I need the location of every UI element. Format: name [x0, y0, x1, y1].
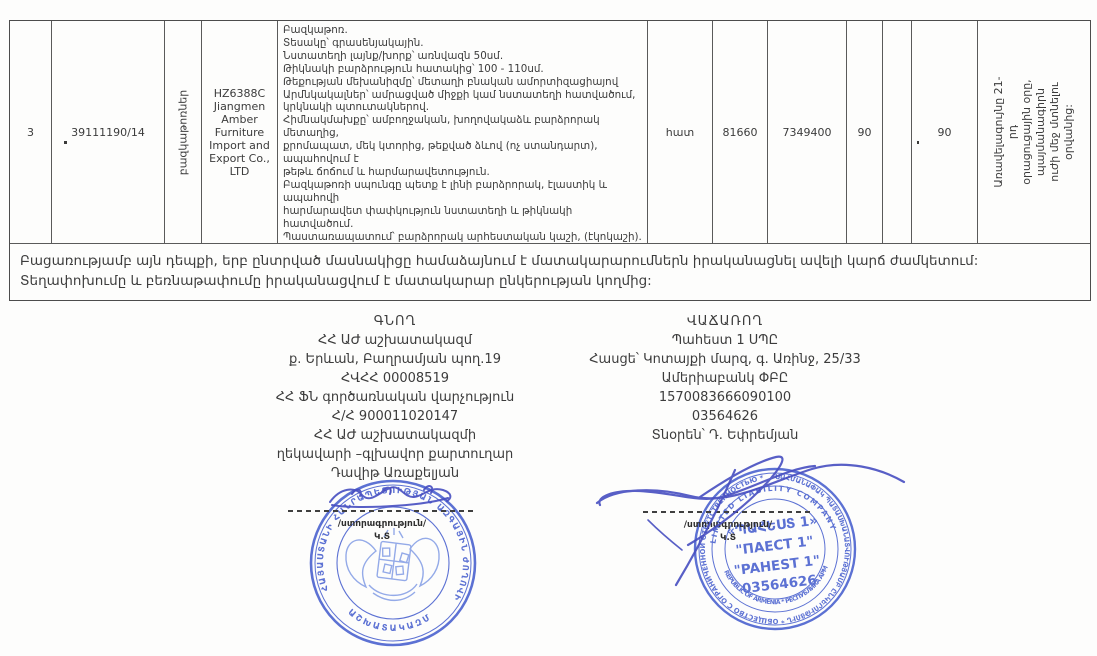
buyer-stamp-ring-bottom-text: ԱՇԽԱՏԱԿԱԶՄ: [346, 608, 433, 634]
buyer-signature-caption: /ստորագրություն/: [288, 519, 476, 529]
buyer-heading: ԳՆՈՂ: [230, 312, 560, 331]
cell-description: Բազկաթոռ. Տեսակը՝ գրասենյակային. Նստատեղ…: [278, 21, 648, 243]
seller-details: Պահեստ 1 ՍՊԸ Հասցե՝ Կոտայքի մարզ, գ. Առի…: [560, 331, 890, 445]
cell-blank: [883, 21, 912, 243]
items-table: 3 39111190/14 բազկաթոռներ HZ6388C Jiangm…: [9, 20, 1091, 301]
delivery-term-rotated: Առավելագույնը 21-րդ օրացուցային օրը, պայ…: [992, 76, 1076, 188]
seller-seal-caption: Կ.Տ: [643, 533, 813, 543]
seller-heading: ՎԱՃԱՌՈՂ: [560, 312, 890, 331]
cell-item-name: բազկաթոռներ: [165, 21, 202, 243]
cell-total-price: 7349400: [768, 21, 847, 243]
scan-speck: [64, 141, 67, 144]
buyer-block: ԳՆՈՂ ՀՀ ԱԺ աշխատակազմ ք. Երևան, Բաղրամյա…: [230, 312, 560, 483]
buyer-seal-caption: Կ.Տ: [288, 532, 476, 542]
cell-quantity-confirmed: 90: [912, 21, 978, 243]
svg-text:ԱՇԽԱՏԱԿԱԶՄ: ԱՇԽԱՏԱԿԱԶՄ: [346, 608, 433, 634]
document-page: 3 39111190/14 բազկաթոռներ HZ6388C Jiangm…: [0, 0, 1097, 656]
item-name-rotated: բազկաթոռներ: [177, 89, 190, 175]
cell-unit: հատ: [648, 21, 713, 243]
cell-quantity: 90: [847, 21, 883, 243]
table-notes: Բացառությամբ այն դեպքի, երբ ընտրված մասն…: [10, 243, 1090, 300]
seller-block: ՎԱՃԱՌՈՂ Պահեստ 1 ՍՊԸ Հասցե՝ Կոտայքի մարզ…: [560, 312, 890, 445]
seller-signature-line: [643, 511, 813, 513]
buyer-details: ՀՀ ԱԺ աշխատակազմ ք. Երևան, Բաղրամյան պող…: [230, 331, 560, 483]
scan-speck: [917, 141, 919, 144]
cell-unit-price: 81660: [713, 21, 768, 243]
buyer-signature-line: [288, 510, 476, 512]
seller-signature-caption: /ստորագրություն/: [643, 520, 813, 530]
cell-cpv-code: 39111190/14: [52, 21, 165, 243]
seller-stamp: ՍԱՀՄԱՆԱՓԱԿ ՊԱՏԱՍԽԱՆԱՏՎՈՒԹՅԱՄԲ ԸՆԿԵՐՈՒԹՅՈ…: [690, 464, 860, 634]
cell-supplier: HZ6388C Jiangmen Amber Furniture Import …: [202, 21, 278, 243]
cell-delivery-term: Առավելագույնը 21-րդ օրացուցային օրը, պայ…: [978, 21, 1090, 243]
buyer-stamp: ՀԱՅԱՍՏԱՆԻ ՀԱՆՐԱՊԵՏՈՒԹՅԱՆ ԱԶԳԱՅԻՆ ԺՈՂՈՎԻ …: [307, 477, 479, 649]
table-row: 3 39111190/14 բազկաթոռներ HZ6388C Jiangm…: [10, 21, 1090, 243]
cell-row-number: 3: [10, 21, 52, 243]
